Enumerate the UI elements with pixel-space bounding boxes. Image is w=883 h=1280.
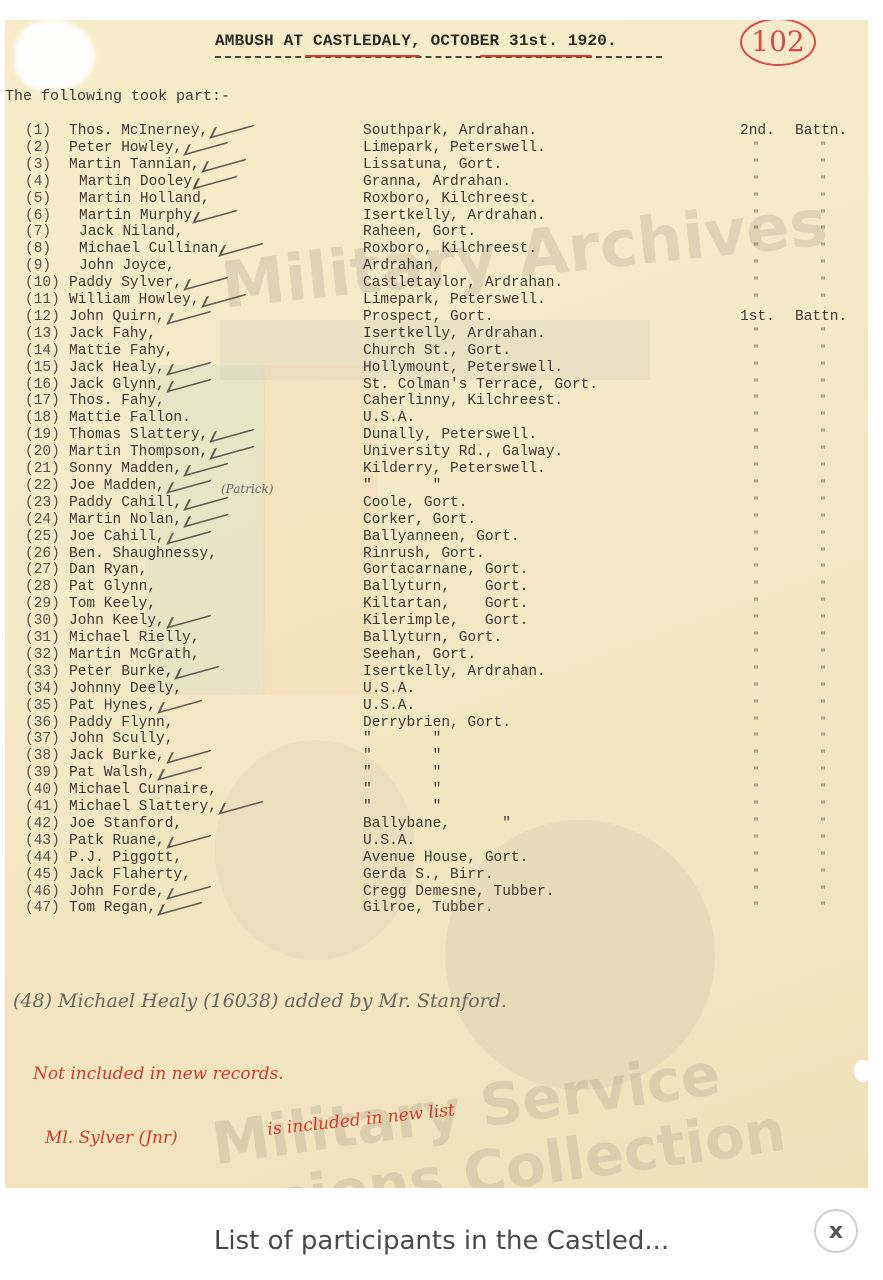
participant-name: Michael Cullinan, — [79, 241, 227, 257]
participant-name: Paddy Cahill, — [69, 495, 182, 511]
participant-row: (22)Joe Madden," """ — [5, 478, 868, 494]
ditto-mark: " — [820, 850, 826, 866]
participant-row: (47)Tom Regan,Gilroe, Tubber."" — [5, 900, 868, 916]
battalion-label: 1st. — [740, 309, 775, 325]
ditto-mark: " — [753, 782, 759, 798]
participant-row: (30)John Keely,Kilerimple, Gort."" — [5, 613, 868, 629]
ditto-mark: " — [820, 731, 826, 747]
image-caption: List of participants in the Castled... — [0, 1226, 883, 1256]
ditto-mark: " — [820, 765, 826, 781]
participant-row: (45)Jack Flaherty,Gerda S., Birr."" — [5, 867, 868, 883]
participant-row: (18)Mattie Fallon.U.S.A."" — [5, 410, 868, 426]
intro-text: The following took part:- — [5, 88, 230, 105]
ditto-mark: " — [820, 478, 826, 494]
participant-name: Pat Glynn, — [69, 579, 156, 595]
ditto-mark: " — [753, 715, 759, 731]
participant-address: Ballyturn, Gort. — [363, 579, 528, 595]
participant-number: (38) — [25, 748, 60, 764]
participant-row: (38)Jack Burke," """ — [5, 748, 868, 764]
participant-address: " " — [363, 478, 441, 494]
ditto-mark: " — [820, 546, 826, 562]
participant-address: Caherlinny, Kilchreest. — [363, 393, 563, 409]
red-underline-october — [480, 55, 592, 57]
ditto-mark: " — [753, 343, 759, 359]
ditto-mark: " — [753, 579, 759, 595]
ditto-mark: " — [820, 174, 826, 190]
ditto-mark: " — [820, 799, 826, 815]
participant-name: Martin Dooley, — [79, 174, 201, 190]
ditto-mark: " — [753, 444, 759, 460]
participant-name: Patk Ruane, — [69, 833, 165, 849]
participant-number: (6) — [25, 208, 51, 224]
participant-address: Kilderry, Peterswell. — [363, 461, 546, 477]
ditto-mark: " — [753, 224, 759, 240]
red-underline-castledaly — [305, 55, 420, 57]
participant-number: (29) — [25, 596, 60, 612]
participant-row: (3)Martin Tannian,Lissatuna, Gort."" — [5, 157, 868, 173]
participant-name: Ben. Shaughnessy, — [69, 546, 217, 562]
participant-address: Ballyanneen, Gort. — [363, 529, 520, 545]
participant-number: (5) — [25, 191, 51, 207]
participant-name: Joe Cahill, — [69, 529, 165, 545]
participant-row: (25)Joe Cahill,Ballyanneen, Gort."" — [5, 529, 868, 545]
participant-row: (31)Michael Rielly,Ballyturn, Gort."" — [5, 630, 868, 646]
participant-number: (39) — [25, 765, 60, 781]
participant-number: (30) — [25, 613, 60, 629]
participant-address: Kiltartan, Gort. — [363, 596, 528, 612]
participant-row: (29)Tom Keely,Kiltartan, Gort."" — [5, 596, 868, 612]
participant-name: Jack Glynn, — [69, 377, 165, 393]
participant-name: Peter Howley, — [69, 140, 182, 156]
participant-row: (24)Martin Nolan,Corker, Gort."" — [5, 512, 868, 528]
participant-name: Paddy Flynn, — [69, 715, 173, 731]
participant-row: (41)Michael Slattery," """ — [5, 799, 868, 815]
participant-address: University Rd., Galway. — [363, 444, 563, 460]
ditto-mark: " — [753, 275, 759, 291]
participant-row: (32)Martin McGrath,Seehan, Gort."" — [5, 647, 868, 663]
ditto-mark: " — [820, 816, 826, 832]
participant-number: (7) — [25, 224, 51, 240]
participant-address: " " — [363, 731, 441, 747]
participant-number: (37) — [25, 731, 60, 747]
participant-number: (25) — [25, 529, 60, 545]
participant-name: Michael Rielly, — [69, 630, 200, 646]
participant-name: Martin Murphy, — [79, 208, 201, 224]
participant-name: Michael Curnaire, — [69, 782, 217, 798]
participant-address: Kilerimple, Gort. — [363, 613, 528, 629]
ditto-mark: " — [753, 867, 759, 883]
ditto-mark: " — [820, 698, 826, 714]
participant-row: (23)Paddy Cahill,Coole, Gort."" — [5, 495, 868, 511]
ditto-mark: " — [820, 241, 826, 257]
ditto-mark: " — [753, 258, 759, 274]
ditto-mark: " — [753, 900, 759, 916]
ditto-mark: " — [820, 191, 826, 207]
document-image: Military Archives Military Service Pensi… — [5, 20, 868, 1188]
participant-address: Seehan, Gort. — [363, 647, 476, 663]
participant-number: (28) — [25, 579, 60, 595]
ditto-mark: " — [753, 529, 759, 545]
red-note-not-included: Not included in new records. — [33, 1064, 284, 1084]
participant-address: Cregg Demesne, Tubber. — [363, 884, 554, 900]
participant-address: Isertkelly, Ardrahan. — [363, 664, 546, 680]
participant-name: John Forde, — [69, 884, 165, 900]
ditto-mark: " — [820, 292, 826, 308]
participant-row: (36)Paddy Flynn,Derrybrien, Gort."" — [5, 715, 868, 731]
participant-row: (44)P.J. Piggott,Avenue House, Gort."" — [5, 850, 868, 866]
ditto-mark: " — [753, 393, 759, 409]
participant-name: Pat Hynes, — [69, 698, 156, 714]
red-note-included: is included in new list — [266, 1100, 455, 1140]
participant-name: John Scully, — [69, 731, 173, 747]
participant-row: (39)Pat Walsh," """ — [5, 765, 868, 781]
participant-row: (8)Michael Cullinan,Roxboro, Kilchreest.… — [5, 241, 868, 257]
participant-number: (26) — [25, 546, 60, 562]
participant-name: Martin Tannian, — [69, 157, 200, 173]
ditto-mark: " — [753, 546, 759, 562]
participant-number: (23) — [25, 495, 60, 511]
participant-number: (22) — [25, 478, 60, 494]
ditto-mark: " — [820, 867, 826, 883]
participant-address: U.S.A. — [363, 681, 415, 697]
participant-name: Martin Holland, — [79, 191, 210, 207]
participant-number: (16) — [25, 377, 60, 393]
red-note-sylver: Ml. Sylver (Jnr) — [45, 1128, 178, 1148]
ditto-mark: " — [820, 900, 826, 916]
ditto-mark: " — [753, 174, 759, 190]
participant-address: Isertkelly, Ardrahan. — [363, 326, 546, 342]
ditto-mark: " — [753, 765, 759, 781]
participant-row: (15)Jack Healy,Hollymount, Peterswell."" — [5, 360, 868, 376]
participant-number: (4) — [25, 174, 51, 190]
participant-row: (16)Jack Glynn,St. Colman's Terrace, Gor… — [5, 377, 868, 393]
participant-number: (43) — [25, 833, 60, 849]
participant-address: Limepark, Peterswell. — [363, 292, 546, 308]
participant-row: (46)John Forde,Cregg Demesne, Tubber."" — [5, 884, 868, 900]
participant-number: (19) — [25, 427, 60, 443]
participant-address: Isertkelly, Ardrahan. — [363, 208, 546, 224]
ditto-mark: " — [753, 427, 759, 443]
participant-address: Gilroe, Tubber. — [363, 900, 494, 916]
ditto-mark: " — [753, 157, 759, 173]
participant-row: (21)Sonny Madden,Kilderry, Peterswell."" — [5, 461, 868, 477]
ditto-mark: " — [753, 461, 759, 477]
ditto-mark: " — [753, 613, 759, 629]
participant-number: (10) — [25, 275, 60, 291]
participant-address: U.S.A. — [363, 410, 415, 426]
participant-number: (17) — [25, 393, 60, 409]
participant-name: John Keely, — [69, 613, 165, 629]
participant-address: Gerda S., Birr. — [363, 867, 494, 883]
ditto-mark: " — [753, 748, 759, 764]
participant-address: U.S.A. — [363, 833, 415, 849]
ditto-mark: " — [753, 140, 759, 156]
ditto-mark: " — [820, 157, 826, 173]
participant-row: (1)Thos. McInerney,Southpark, Ardrahan.2… — [5, 123, 868, 139]
participant-row: (2)Peter Howley,Limepark, Peterswell."" — [5, 140, 868, 156]
participant-row: (5)Martin Holland,Roxboro, Kilchreest."" — [5, 191, 868, 207]
ditto-mark: " — [753, 884, 759, 900]
ditto-mark: " — [753, 241, 759, 257]
participant-number: (24) — [25, 512, 60, 528]
participant-name: Pat Walsh, — [69, 765, 156, 781]
ditto-mark: " — [820, 461, 826, 477]
battalion-label: 2nd. — [740, 123, 775, 139]
participant-address: Roxboro, Kilchreest. — [363, 241, 537, 257]
participant-number: (8) — [25, 241, 51, 257]
participant-number: (47) — [25, 900, 60, 916]
ditto-mark: " — [753, 410, 759, 426]
ditto-mark: " — [820, 410, 826, 426]
participant-address: Gortacarnane, Gort. — [363, 562, 528, 578]
participant-number: (12) — [25, 309, 60, 325]
participant-row: (27)Dan Ryan,Gortacarnane, Gort."" — [5, 562, 868, 578]
battalion-label: Battn. — [795, 123, 847, 139]
participant-row: (43)Patk Ruane,U.S.A."" — [5, 833, 868, 849]
ditto-mark: " — [753, 681, 759, 697]
participant-name: P.J. Piggott, — [69, 850, 182, 866]
participant-row: (35)Pat Hynes,U.S.A."" — [5, 698, 868, 714]
participant-row: (28)Pat Glynn,Ballyturn, Gort."" — [5, 579, 868, 595]
participant-row: (11)William Howley,Limepark, Peterswell.… — [5, 292, 868, 308]
participant-row: (40)Michael Curnaire," """ — [5, 782, 868, 798]
participant-name: Mattie Fahy, — [69, 343, 173, 359]
ditto-mark: " — [820, 613, 826, 629]
participant-address: Granna, Ardrahan. — [363, 174, 511, 190]
participant-number: (20) — [25, 444, 60, 460]
participant-address: Corker, Gort. — [363, 512, 476, 528]
ditto-mark: " — [753, 850, 759, 866]
paper-tear — [854, 1060, 868, 1082]
ditto-mark: " — [753, 816, 759, 832]
watermark-line-3: Pensions Collection — [148, 1096, 789, 1188]
ditto-mark: " — [820, 258, 826, 274]
participant-name: Peter Burke, — [69, 664, 173, 680]
participant-address: Rinrush, Gort. — [363, 546, 485, 562]
participant-number: (3) — [25, 157, 51, 173]
participant-address: Raheen, Gort. — [363, 224, 476, 240]
ditto-mark: " — [820, 833, 826, 849]
participant-address: Dunally, Peterswell. — [363, 427, 537, 443]
participant-number: (32) — [25, 647, 60, 663]
ditto-mark: " — [820, 224, 826, 240]
ditto-mark: " — [753, 698, 759, 714]
participant-number: (21) — [25, 461, 60, 477]
participant-name: Michael Slattery, — [69, 799, 217, 815]
participant-address: " " — [363, 799, 441, 815]
participant-name: Mattie Fallon. — [69, 410, 191, 426]
participant-number: (41) — [25, 799, 60, 815]
participant-number: (2) — [25, 140, 51, 156]
participant-name: Jack Flaherty, — [69, 867, 191, 883]
participant-number: (14) — [25, 343, 60, 359]
participant-name: Thos. McInerney, — [69, 123, 208, 139]
page-number-stamp: 102 — [740, 20, 816, 66]
participant-number: (40) — [25, 782, 60, 798]
participant-number: (15) — [25, 360, 60, 376]
participant-name: John Joyce, — [79, 258, 175, 274]
participant-row: (20)Martin Thompson,University Rd., Galw… — [5, 444, 868, 460]
participant-row: (34)Johnny Deely,U.S.A."" — [5, 681, 868, 697]
participant-number: (44) — [25, 850, 60, 866]
ditto-mark: " — [753, 731, 759, 747]
ditto-mark: " — [820, 748, 826, 764]
margin-note-21: (Patrick) — [221, 482, 273, 496]
participant-name: Joe Stanford, — [69, 816, 182, 832]
participant-name: Joe Madden, — [69, 478, 165, 494]
participant-name: Jack Healy, — [69, 360, 165, 376]
participant-address: St. Colman's Terrace, Gort. — [363, 377, 598, 393]
ditto-mark: " — [820, 529, 826, 545]
ditto-mark: " — [820, 715, 826, 731]
participant-address: " " — [363, 765, 441, 781]
participant-row: (37)John Scully," """ — [5, 731, 868, 747]
ditto-mark: " — [820, 782, 826, 798]
ditto-mark: " — [753, 512, 759, 528]
ditto-mark: " — [820, 562, 826, 578]
ditto-mark: " — [820, 495, 826, 511]
ditto-mark: " — [753, 647, 759, 663]
ditto-mark: " — [753, 478, 759, 494]
participant-name: Johnny Deely, — [69, 681, 182, 697]
participant-name: Jack Burke, — [69, 748, 165, 764]
ditto-mark: " — [753, 292, 759, 308]
participant-row: (17)Thos. Fahy,Caherlinny, Kilchreest."" — [5, 393, 868, 409]
paper-stain — [15, 20, 95, 90]
participant-row: (9)John Joyce,Ardrahan,"" — [5, 258, 868, 274]
participant-address: Ballyturn, Gort. — [363, 630, 502, 646]
ditto-mark: " — [820, 343, 826, 359]
participant-name: Sonny Madden, — [69, 461, 182, 477]
participant-number: (35) — [25, 698, 60, 714]
ditto-mark: " — [753, 360, 759, 376]
participant-number: (45) — [25, 867, 60, 883]
ditto-mark: " — [753, 326, 759, 342]
participant-row: (4)Martin Dooley,Granna, Ardrahan."" — [5, 174, 868, 190]
document-title: AMBUSH AT CASTLEDALY, OCTOBER 31st. 1920… — [215, 32, 617, 50]
ditto-mark: " — [820, 579, 826, 595]
participant-address: Prospect, Gort. — [363, 309, 494, 325]
battalion-label: Battn. — [795, 309, 847, 325]
participant-number: (31) — [25, 630, 60, 646]
title-underline — [215, 56, 662, 58]
ditto-mark: " — [820, 512, 826, 528]
ditto-mark: " — [820, 140, 826, 156]
participant-row: (14)Mattie Fahy,Church St., Gort."" — [5, 343, 868, 359]
participant-name: Tom Keely, — [69, 596, 156, 612]
participant-row: (12)John Quirn,Prospect, Gort.1st.Battn. — [5, 309, 868, 325]
ditto-mark: " — [820, 884, 826, 900]
ditto-mark: " — [820, 427, 826, 443]
participant-number: (34) — [25, 681, 60, 697]
ditto-mark: " — [820, 647, 826, 663]
ditto-mark: " — [753, 562, 759, 578]
ditto-mark: " — [820, 664, 826, 680]
ditto-mark: " — [820, 393, 826, 409]
participant-name: Paddy Sylver, — [69, 275, 182, 291]
ditto-mark: " — [820, 208, 826, 224]
participant-name: Martin Thompson, — [69, 444, 208, 460]
ditto-mark: " — [753, 208, 759, 224]
participant-row: (33)Peter Burke,Isertkelly, Ardrahan."" — [5, 664, 868, 680]
participant-address: Roxboro, Kilchreest. — [363, 191, 537, 207]
participant-number: (33) — [25, 664, 60, 680]
participant-row: (6)Martin Murphy,Isertkelly, Ardrahan."" — [5, 208, 868, 224]
ditto-mark: " — [820, 444, 826, 460]
ditto-mark: " — [820, 377, 826, 393]
participant-number: (36) — [25, 715, 60, 731]
ditto-mark: " — [820, 596, 826, 612]
participant-name: William Howley, — [69, 292, 200, 308]
participant-name: Tom Regan, — [69, 900, 156, 916]
participant-name: Martin McGrath, — [69, 647, 200, 663]
participant-name: Thomas Slattery, — [69, 427, 208, 443]
participant-row: (19)Thomas Slattery,Dunally, Peterswell.… — [5, 427, 868, 443]
participant-number: (11) — [25, 292, 60, 308]
participant-row: (10)Paddy Sylver,Castletaylor, Ardrahan.… — [5, 275, 868, 291]
participant-row: (42)Joe Stanford,Ballybane, """ — [5, 816, 868, 832]
participant-address: U.S.A. — [363, 698, 415, 714]
checkmark-icon — [209, 115, 259, 139]
participant-name: Jack Fahy, — [69, 326, 156, 342]
participant-number: (9) — [25, 258, 51, 274]
participant-address: Castletaylor, Ardrahan. — [363, 275, 563, 291]
ditto-mark: " — [820, 681, 826, 697]
participant-name: Martin Nolan, — [69, 512, 182, 528]
participant-row: (13)Jack Fahy,Isertkelly, Ardrahan."" — [5, 326, 868, 342]
ditto-mark: " — [753, 191, 759, 207]
ditto-mark: " — [753, 495, 759, 511]
close-button[interactable]: x — [814, 1209, 858, 1253]
participant-row: (26)Ben. Shaughnessy,Rinrush, Gort."" — [5, 546, 868, 562]
participant-name: Dan Ryan, — [69, 562, 147, 578]
participant-number: (42) — [25, 816, 60, 832]
participant-name: John Quirn, — [69, 309, 165, 325]
handwritten-addition: (48) Michael Healy (16038) added by Mr. … — [13, 990, 507, 1012]
participant-name: Jack Niland, — [79, 224, 183, 240]
ditto-mark: " — [820, 326, 826, 342]
participant-number: (1) — [25, 123, 51, 139]
ditto-mark: " — [753, 630, 759, 646]
participant-number: (18) — [25, 410, 60, 426]
participant-address: Lissatuna, Gort. — [363, 157, 502, 173]
participant-number: (46) — [25, 884, 60, 900]
ditto-mark: " — [753, 664, 759, 680]
ditto-mark: " — [753, 833, 759, 849]
close-icon: x — [829, 1219, 843, 1244]
participant-row: (7)Jack Niland,Raheen, Gort."" — [5, 224, 868, 240]
participant-address: Southpark, Ardrahan. — [363, 123, 537, 139]
participant-address: Church St., Gort. — [363, 343, 511, 359]
ditto-mark: " — [753, 799, 759, 815]
participant-address: Ardrahan, — [363, 258, 441, 274]
participant-address: " " — [363, 748, 441, 764]
participant-number: (27) — [25, 562, 60, 578]
participant-address: " " — [363, 782, 441, 798]
participant-address: Ballybane, " — [363, 816, 511, 832]
participant-name: Thos. Fahy, — [69, 393, 165, 409]
ditto-mark: " — [753, 377, 759, 393]
participant-address: Derrybrien, Gort. — [363, 715, 511, 731]
participant-number: (13) — [25, 326, 60, 342]
ditto-mark: " — [753, 596, 759, 612]
participant-address: Hollymount, Peterswell. — [363, 360, 563, 376]
participant-address: Avenue House, Gort. — [363, 850, 528, 866]
participant-address: Limepark, Peterswell. — [363, 140, 546, 156]
ditto-mark: " — [820, 630, 826, 646]
ditto-mark: " — [820, 360, 826, 376]
ditto-mark: " — [820, 275, 826, 291]
